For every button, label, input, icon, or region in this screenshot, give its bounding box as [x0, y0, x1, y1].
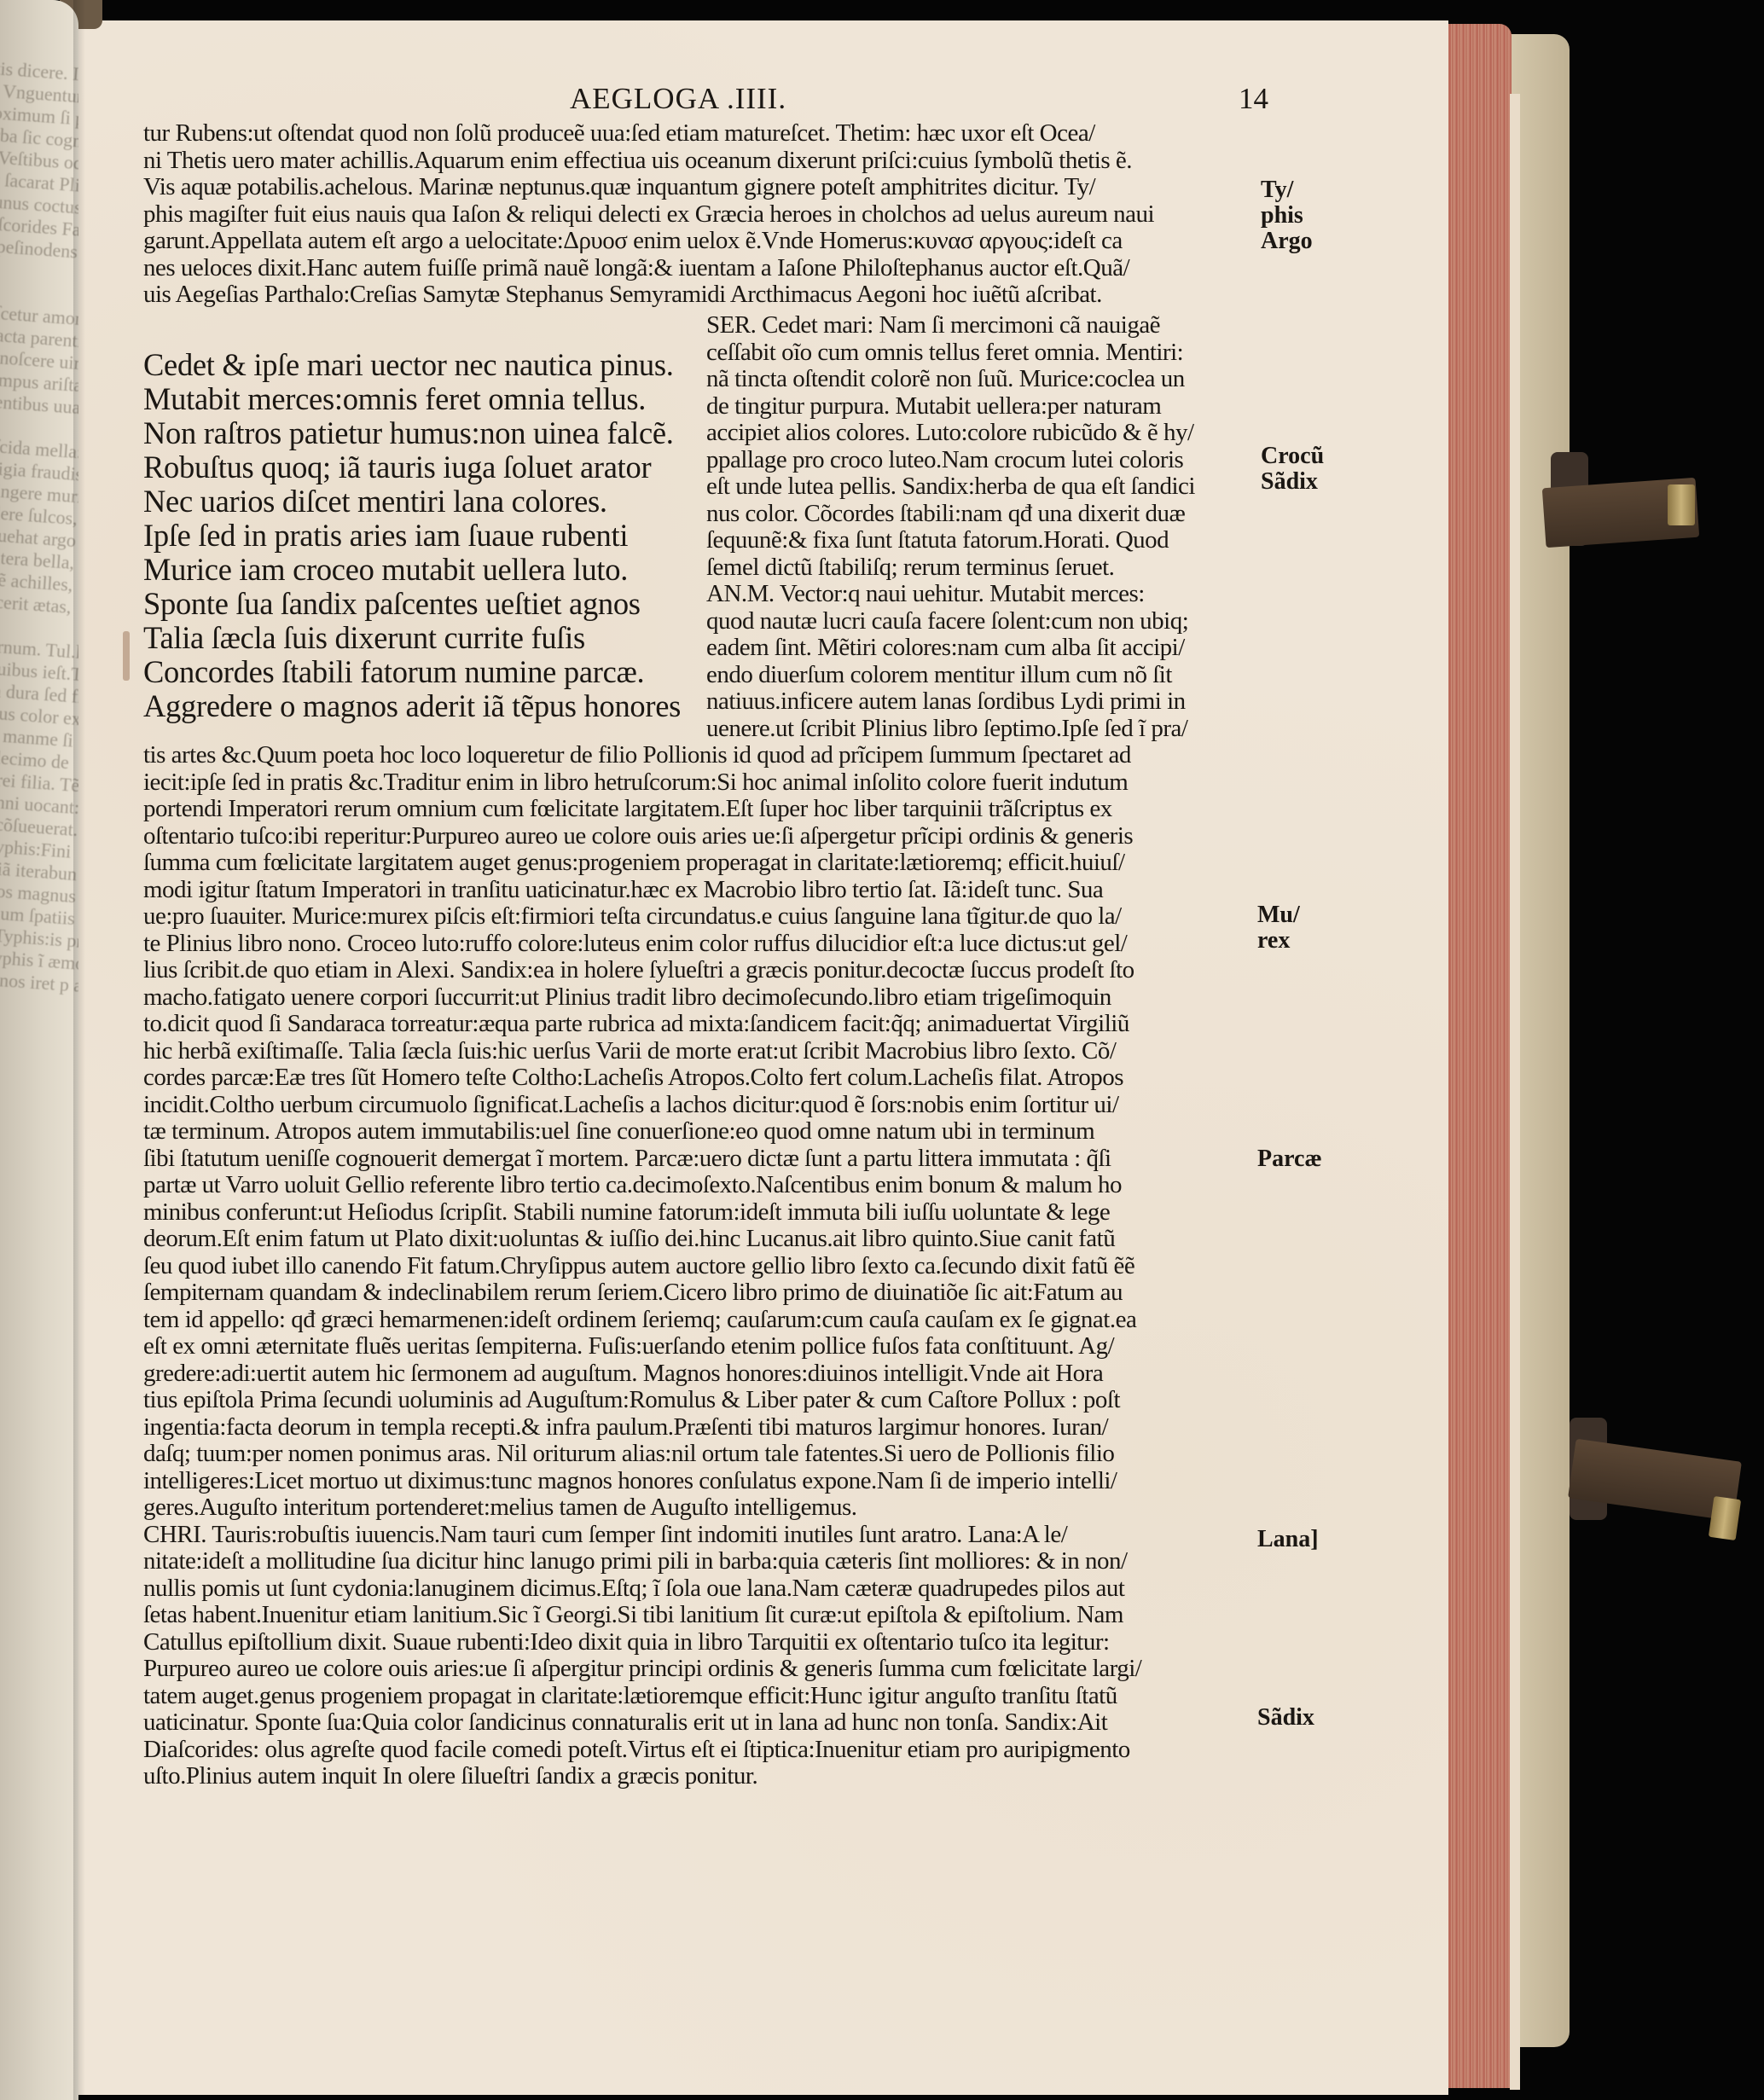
- commentary-line: uſto.Plinius autem inquit In olere ſilue…: [143, 1763, 1252, 1790]
- commentary-line: partæ ut Varro uoluit Gellio referente l…: [143, 1172, 1252, 1199]
- commentary-line: minibus conferunt:ut Heſiodus ſcripſit. …: [143, 1199, 1252, 1227]
- margin-note-typhis-argo: Ty/ phis Argo: [1261, 177, 1313, 254]
- commentary-line: daſq; tuum:per nomen ponimus aras. Nil o…: [143, 1441, 1252, 1468]
- verse-line: Cedet & ipſe mari uector nec nautica pin…: [143, 348, 689, 382]
- margin-note-murex: Mu/ rex: [1257, 902, 1300, 954]
- commentary-line: incidit.Coltho uerbum circumuolo ſignifi…: [143, 1092, 1252, 1119]
- clasp-brass-upper: [1668, 484, 1695, 525]
- commentary-line: tem id appello: qđ græci hemarmenen:ideſ…: [143, 1307, 1252, 1334]
- commentary-line: tatem auget.genus progeniem propagat in …: [143, 1683, 1252, 1710]
- commentary-line: ni Thetis uero mater achillis.Aquarum en…: [143, 148, 1252, 175]
- verse-line: Ipſe ſed in pratis aries iam ſuaue ruben…: [143, 519, 689, 553]
- commentary-line: uaticinatur. Sponte ſua:Quia color ſandi…: [143, 1709, 1252, 1737]
- main-commentary: tis artes &c.Quum poeta hoc loco loquere…: [143, 742, 1252, 1790]
- verse-line: Robuſtus quoq; iã tauris iuga ſoluet ara…: [143, 450, 689, 484]
- commentary-line: modi igitur ſtatum Imperatori in tranſit…: [143, 877, 1252, 904]
- commentary-line: Catullus epiſtollium dixit. Suaue rubent…: [143, 1629, 1252, 1656]
- verse-line: Concordes ſtabili fatorum numine parcæ.: [143, 655, 689, 689]
- commentary-line: nitate:ideſt a mollitudine ſua dicitur h…: [143, 1548, 1252, 1575]
- commentary-line: ſequunẽ:& fixa ſunt ſtatuta fatorum.Hora…: [706, 527, 1252, 554]
- commentary-line: ſeu quod iubet illo canendo Fit fatum.Ch…: [143, 1253, 1252, 1280]
- ink-stain: [123, 631, 130, 681]
- verse-line: Murice iam croceo mutabit uellera luto.: [143, 553, 689, 587]
- commentary-line: ſemel dictũ ſtabiliſq; rerum terminus ſe…: [706, 554, 1252, 582]
- commentary-line: ſibi ſtatutum ueniſſe cognouerit demerga…: [143, 1146, 1252, 1173]
- commentary-line: lius ſcribit.de quo etiam in Alexi. Sand…: [143, 957, 1252, 984]
- commentary-line: nullis pomis ut ſunt cydonia:lanuginem d…: [143, 1575, 1252, 1603]
- commentary-line: natiuus.inficere autem lanas ſordibus Ly…: [706, 688, 1252, 716]
- commentary-line: tius epiſtola Prima ſecundi uoluminis ad…: [143, 1387, 1252, 1414]
- verso-faded-text: ultis dicere. Interdebatre. Vnguentum ra…: [0, 56, 78, 995]
- commentary-line: phis magiſter fuit eius nauis qua Iaſon …: [143, 201, 1252, 229]
- commentary-line: garunt.Appellata autem eſt argo a ueloci…: [143, 228, 1252, 255]
- commentary-line: iecit:ipſe ſed in pratis &c.Traditur eni…: [143, 769, 1252, 797]
- inner-page-edge: [1510, 94, 1520, 2090]
- margin-note-parcae: Parcæ: [1257, 1146, 1322, 1172]
- verse-line: Talia ſæcla ſuis dixerunt currite fuſis: [143, 621, 689, 655]
- commentary-line: ppallage pro croco luteo.Nam crocum lute…: [706, 447, 1252, 474]
- verse-line: Nec uarios diſcet mentiri lana colores.: [143, 484, 689, 519]
- commentary-line: eadem ſint. Mẽtiri colores:nam cum alba …: [706, 635, 1252, 662]
- commentary-line: SER. Cedet mari: Nam ſi mercimoni cã nau…: [706, 312, 1252, 339]
- commentary-line: te Plinius libro nono. Croceo luto:ruffo…: [143, 931, 1252, 958]
- commentary-line: eſt unde lutea pellis. Sandix:herba de q…: [706, 473, 1252, 501]
- commentary-line: eſt ex omni æternitate fluẽs ueritas ſem…: [143, 1333, 1252, 1360]
- right-commentary: SER. Cedet mari: Nam ſi mercimoni cã nau…: [706, 312, 1252, 742]
- commentary-line: CHRI. Tauris:robuſtis iuuencis.Nam tauri…: [143, 1522, 1252, 1549]
- commentary-line: deorum.Eſt enim fatum ut Plato dixit:uol…: [143, 1226, 1252, 1253]
- commentary-line: ſempiternam quandam & indeclinabilem rer…: [143, 1279, 1252, 1307]
- commentary-line: macho.fatigato uenere corpori ſuccurrit:…: [143, 984, 1252, 1012]
- gutter-shadow: [73, 0, 85, 2100]
- verse-line: Sponte ſua ſandix paſcentes ueſtiet agno…: [143, 587, 689, 621]
- commentary-line: nus color. Cõcordes ſtabili:nam qđ una d…: [706, 501, 1252, 528]
- top-commentary: tur Rubens:ut oſtendat quod non ſolũ pro…: [143, 120, 1252, 309]
- verse-column: Cedet & ipſe mari uector nec nautica pin…: [143, 348, 689, 723]
- commentary-line: gredere:adi:uertit autem hic ſermonem ad…: [143, 1360, 1252, 1388]
- commentary-line: tur Rubens:ut oſtendat quod non ſolũ pro…: [143, 120, 1252, 148]
- commentary-line: tæ terminum. Atropos autem immutabilis:u…: [143, 1118, 1252, 1146]
- commentary-line: tis artes &c.Quum poeta hoc loco loquere…: [143, 742, 1252, 769]
- clasp-brass-lower: [1709, 1496, 1741, 1540]
- commentary-line: hic herbã exiſtimaſſe. Talia ſæcla ſuis:…: [143, 1038, 1252, 1065]
- running-title: AEGLOGA .IIII.: [570, 82, 786, 116]
- commentary-line: accipiet alios colores. Luto:colore rubi…: [706, 420, 1252, 447]
- commentary-line: ingentia:facta deorum in templa recepti.…: [143, 1414, 1252, 1442]
- commentary-line: Diaſcorides: olus agreſte quod facile co…: [143, 1737, 1252, 1764]
- commentary-line: uis Aegeſias Parthalo:Creſias Samytæ Ste…: [143, 281, 1252, 309]
- commentary-line: uenere.ut ſcribit Plinius libro ſeptimo.…: [706, 716, 1252, 743]
- commentary-line: intelligeres:Licet mortuo ut diximus:tun…: [143, 1468, 1252, 1495]
- commentary-line: Vis aquæ potabilis.achelous. Marinæ nept…: [143, 174, 1252, 201]
- commentary-line: oſtentario tuſco:ibi reperitur:Purpureo …: [143, 823, 1252, 850]
- verse-line: Non raſtros patietur humus:non uinea fal…: [143, 416, 689, 450]
- commentary-line: endo diuerſum colorem mentitur illum cum…: [706, 662, 1252, 689]
- commentary-line: Purpureo aureo ue colore ouis aries:ue ſ…: [143, 1656, 1252, 1683]
- commentary-line: ceſſabit oĩo cum omnis tellus feret omni…: [706, 339, 1252, 367]
- commentary-line: de tingitur purpura. Mutabit uellera:per…: [706, 393, 1252, 421]
- commentary-line: nã tincta oſtendit colorẽ non ſuũ. Muric…: [706, 366, 1252, 393]
- commentary-line: to.dicit quod ſi Sandaraca torreatur:æqu…: [143, 1011, 1252, 1038]
- red-page-edges: [1438, 24, 1512, 2088]
- folio-number: 14: [1239, 82, 1268, 116]
- commentary-line: ue:pro ſuauiter. Murice:murex piſcis eſt…: [143, 903, 1252, 931]
- commentary-line: portendi Imperatori rerum omnium cum fœl…: [143, 796, 1252, 823]
- verse-line: Mutabit merces:omnis feret omnia tellus.: [143, 382, 689, 416]
- commentary-line: AN.M. Vector:q naui uehitur. Mutabit mer…: [706, 581, 1252, 608]
- verso-page-edge: ultis dicere. Interdebatre. Vnguentum ra…: [0, 0, 78, 2100]
- verse-line: Aggredere o magnos aderit iã tẽpus honor…: [143, 689, 689, 723]
- commentary-line: ſetas habent.Inuenitur etiam lanitium.Si…: [143, 1602, 1252, 1629]
- commentary-line: quod nautæ lucri cauſa facere ſolent:cum…: [706, 608, 1252, 635]
- commentary-line: ſumma cum fœlicitate largitatem auget ge…: [143, 850, 1252, 877]
- commentary-line: cordes parcæ:Eæ tres ſũt Homero teſte Co…: [143, 1065, 1252, 1092]
- margin-note-sandix: Sãdix: [1257, 1705, 1314, 1731]
- commentary-line: geres.Auguſto interitum portenderet:meli…: [143, 1494, 1252, 1522]
- commentary-line: nes ueloces dixit.Hanc autem fuiſſe prim…: [143, 255, 1252, 282]
- margin-note-lana: Lana]: [1257, 1527, 1319, 1552]
- margin-note-crocum-sandix: Crocũ Sãdix: [1261, 444, 1324, 495]
